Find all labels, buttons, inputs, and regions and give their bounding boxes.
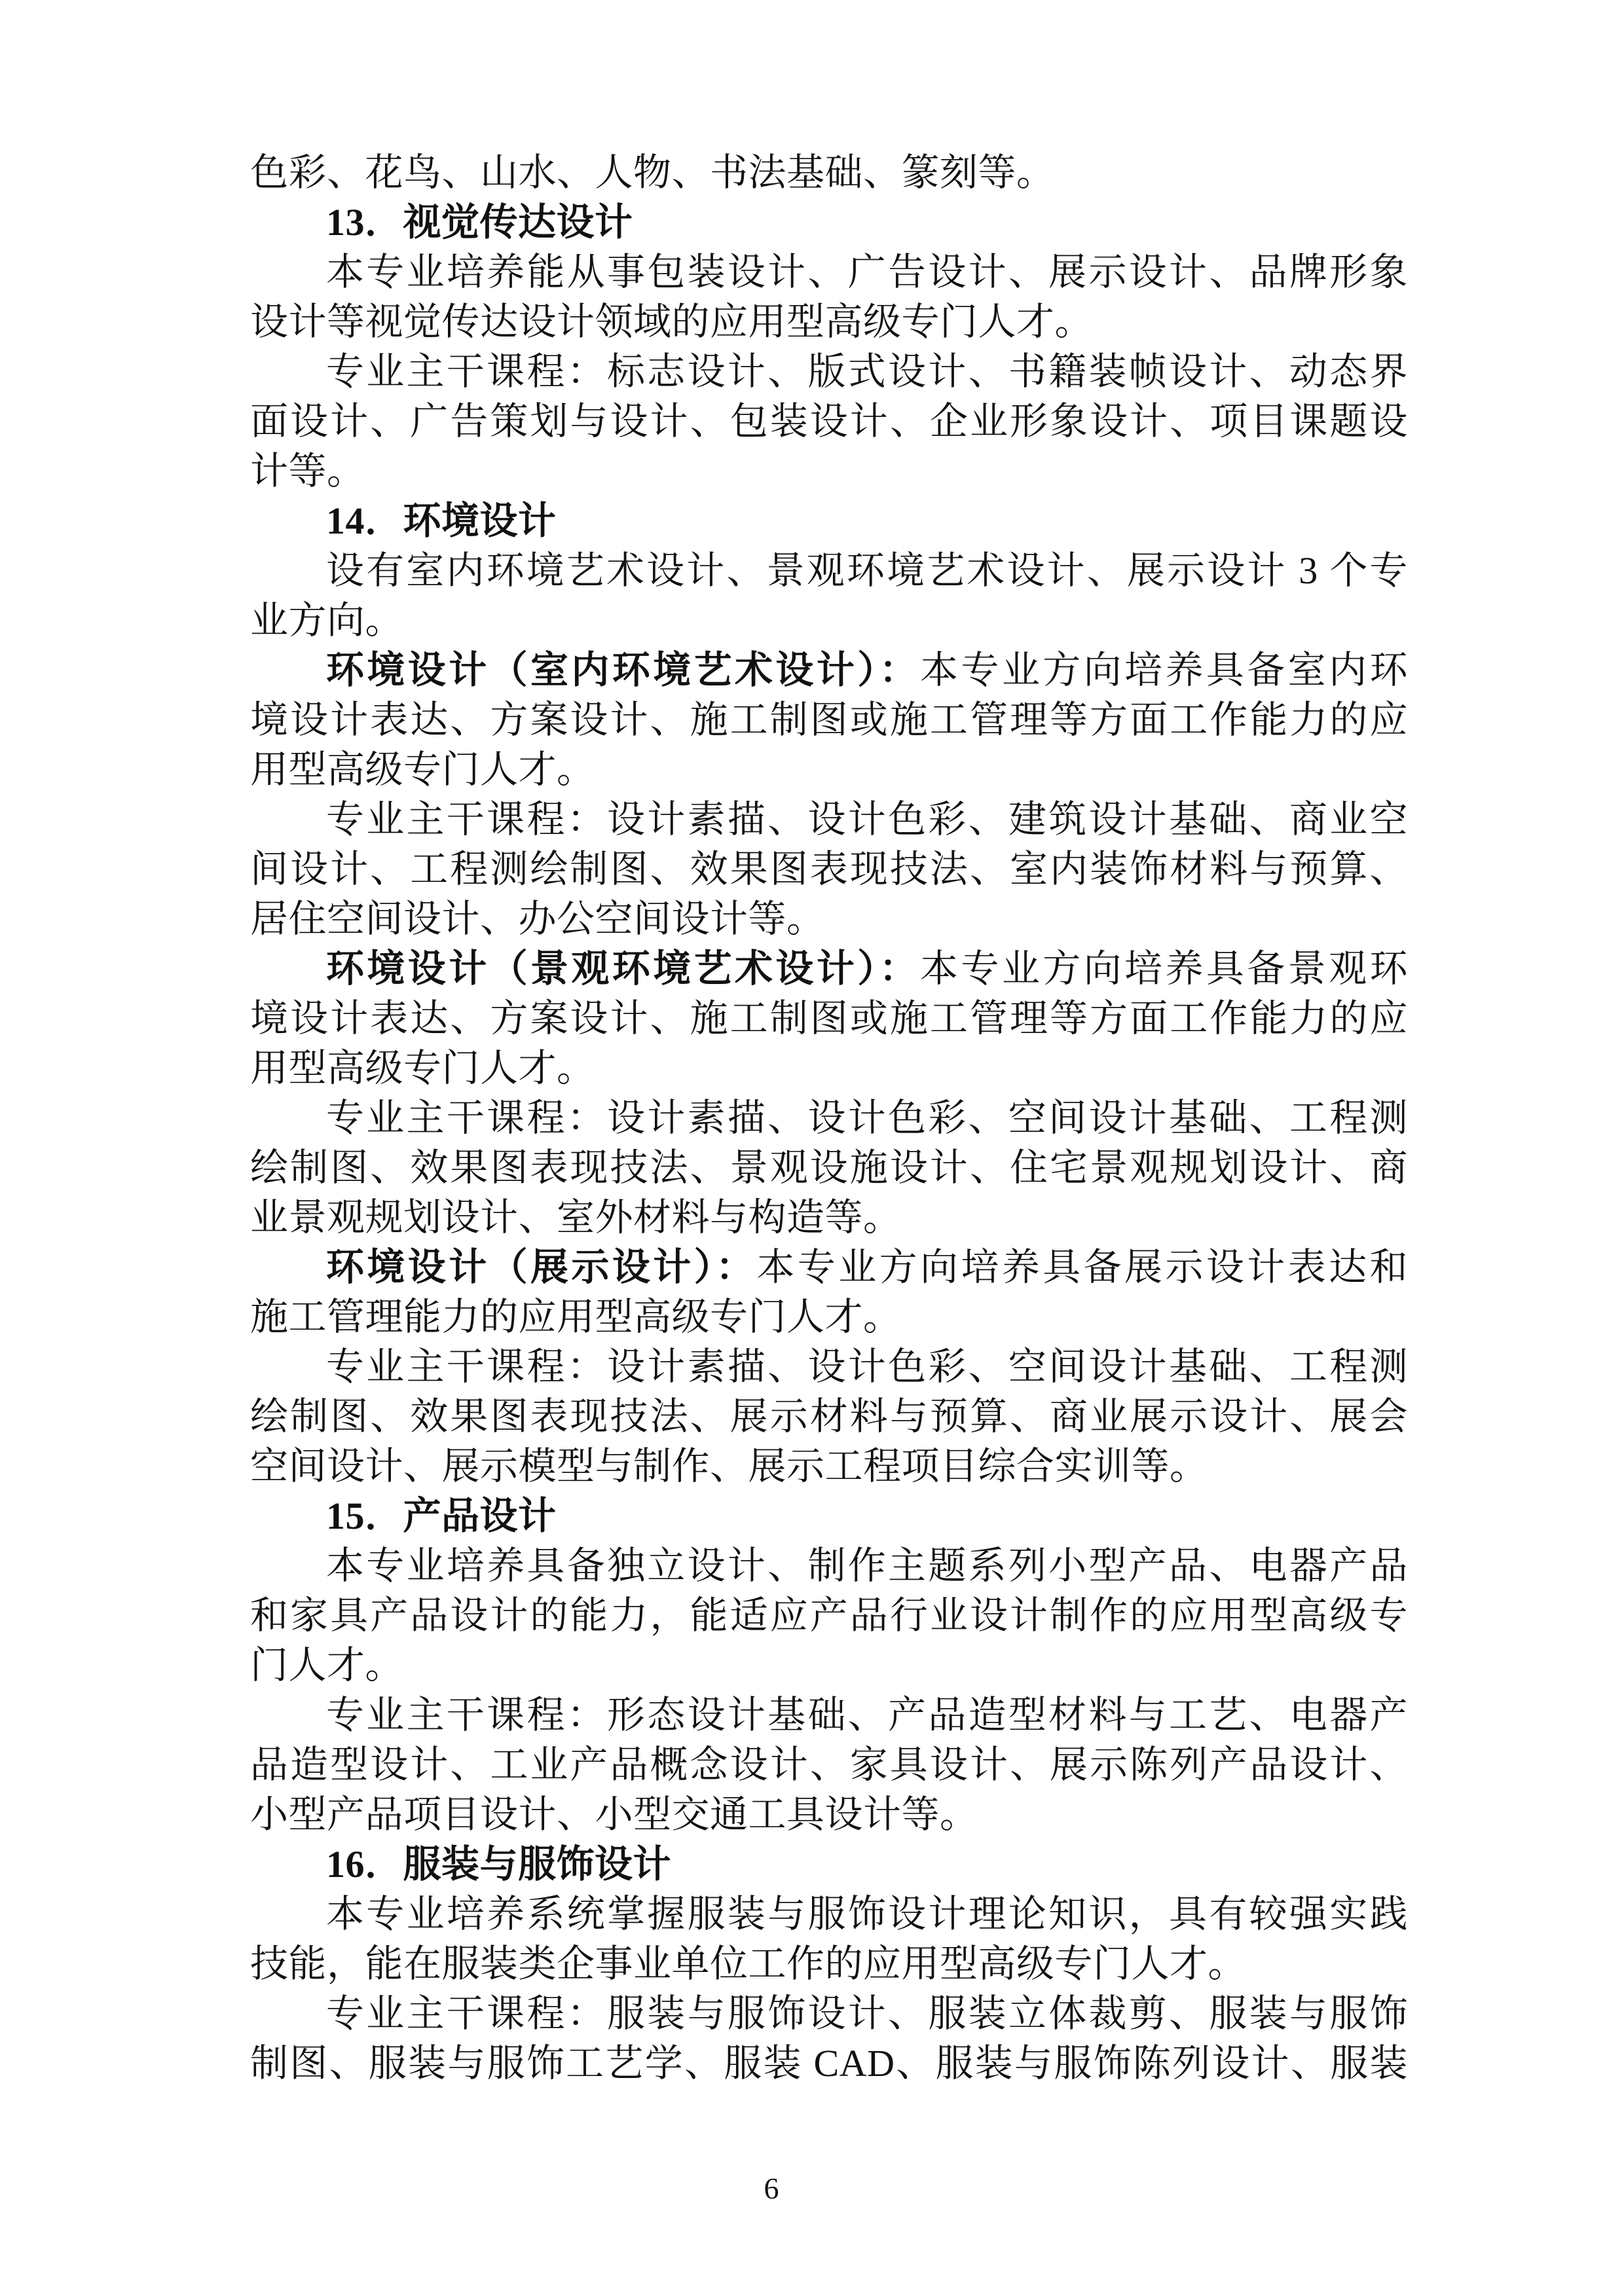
text-line: 用型高级专门人才。 bbox=[250, 1044, 1408, 1093]
text-line: 业景观规划设计、室外材料与构造等。 bbox=[250, 1193, 1408, 1243]
section-heading: 14．环境设计 bbox=[250, 496, 1408, 546]
run-in-heading: 环境设计（景观环境艺术设计）： bbox=[326, 947, 920, 990]
text-line: 面设计、广告策划与设计、包装设计、企业形象设计、项目课题设 bbox=[250, 397, 1408, 446]
text-line: 本专业培养能从事包装设计、广告设计、展示设计、品牌形象 bbox=[250, 247, 1408, 297]
run-in-heading: 环境设计（室内环境艺术设计）： bbox=[326, 649, 920, 691]
text-line: 居住空间设计、办公空间设计等。 bbox=[250, 894, 1408, 944]
text-line: 本专业培养系统掌握服装与服饰设计理论知识，具有较强实践 bbox=[250, 1889, 1408, 1939]
text-line: 专业主干课程：设计素描、设计色彩、建筑设计基础、商业空 bbox=[250, 795, 1408, 845]
text-line: 专业主干课程：标志设计、版式设计、书籍装帧设计、动态界 bbox=[250, 347, 1408, 397]
text-line: 环境设计（景观环境艺术设计）：本专业方向培养具备景观环 bbox=[250, 944, 1408, 994]
text-line: 设有室内环境艺术设计、景观环境艺术设计、展示设计 3 个专 bbox=[250, 546, 1408, 596]
text-line: 境设计表达、方案设计、施工制图或施工管理等方面工作能力的应 bbox=[250, 695, 1408, 745]
text-line: 绘制图、效果图表现技法、展示材料与预算、商业展示设计、展会 bbox=[250, 1392, 1408, 1442]
text-line: 小型产品项目设计、小型交通工具设计等。 bbox=[250, 1790, 1408, 1840]
text-line: 专业主干课程：设计素描、设计色彩、空间设计基础、工程测 bbox=[250, 1342, 1408, 1392]
text-line: 和家具产品设计的能力，能适应产品行业设计制作的应用型高级专 bbox=[250, 1591, 1408, 1641]
text-line: 专业主干课程：形态设计基础、产品造型材料与工艺、电器产 bbox=[250, 1690, 1408, 1740]
text-line: 施工管理能力的应用型高级专门人才。 bbox=[250, 1292, 1408, 1342]
text-line: 环境设计（展示设计）：本专业方向培养具备展示设计表达和 bbox=[250, 1243, 1408, 1292]
text-line: 用型高级专门人才。 bbox=[250, 745, 1408, 795]
text-line: 专业主干课程：设计素描、设计色彩、空间设计基础、工程测 bbox=[250, 1093, 1408, 1143]
text-line: 计等。 bbox=[250, 446, 1408, 496]
text-line: 色彩、花鸟、山水、人物、书法基础、篆刻等。 bbox=[250, 148, 1408, 198]
document-page: 色彩、花鸟、山水、人物、书法基础、篆刻等。13．视觉传达设计本专业培养能从事包装… bbox=[0, 0, 1624, 2296]
text-line: 技能，能在服装类企事业单位工作的应用型高级专门人才。 bbox=[250, 1939, 1408, 1989]
text-line: 间设计、工程测绘制图、效果图表现技法、室内装饰材料与预算、 bbox=[250, 845, 1408, 894]
text-line: 本专业培养具备独立设计、制作主题系列小型产品、电器产品 bbox=[250, 1541, 1408, 1591]
section-heading: 13．视觉传达设计 bbox=[250, 198, 1408, 247]
text-line: 专业主干课程：服装与服饰设计、服装立体裁剪、服装与服饰 bbox=[250, 1989, 1408, 2039]
text-line: 门人才。 bbox=[250, 1641, 1408, 1690]
text-line: 品造型设计、工业产品概念设计、家具设计、展示陈列产品设计、 bbox=[250, 1740, 1408, 1790]
text-line: 制图、服装与服饰工艺学、服装 CAD、服装与服饰陈列设计、服装 bbox=[250, 2039, 1408, 2088]
run-in-heading: 环境设计（展示设计）： bbox=[326, 1246, 756, 1288]
document-body: 色彩、花鸟、山水、人物、书法基础、篆刻等。13．视觉传达设计本专业培养能从事包装… bbox=[250, 148, 1408, 2088]
text-line: 设计等视觉传达设计领域的应用型高级专门人才。 bbox=[250, 297, 1408, 347]
text-line: 绘制图、效果图表现技法、景观设施设计、住宅景观规划设计、商 bbox=[250, 1143, 1408, 1193]
page-number: 6 bbox=[0, 2172, 1583, 2205]
text-line: 空间设计、展示模型与制作、展示工程项目综合实训等。 bbox=[250, 1442, 1408, 1491]
text-line: 业方向。 bbox=[250, 596, 1408, 646]
text-line: 境设计表达、方案设计、施工制图或施工管理等方面工作能力的应 bbox=[250, 994, 1408, 1044]
section-heading: 15．产品设计 bbox=[250, 1491, 1408, 1541]
section-heading: 16．服装与服饰设计 bbox=[250, 1840, 1408, 1889]
text-line: 环境设计（室内环境艺术设计）：本专业方向培养具备室内环 bbox=[250, 646, 1408, 695]
